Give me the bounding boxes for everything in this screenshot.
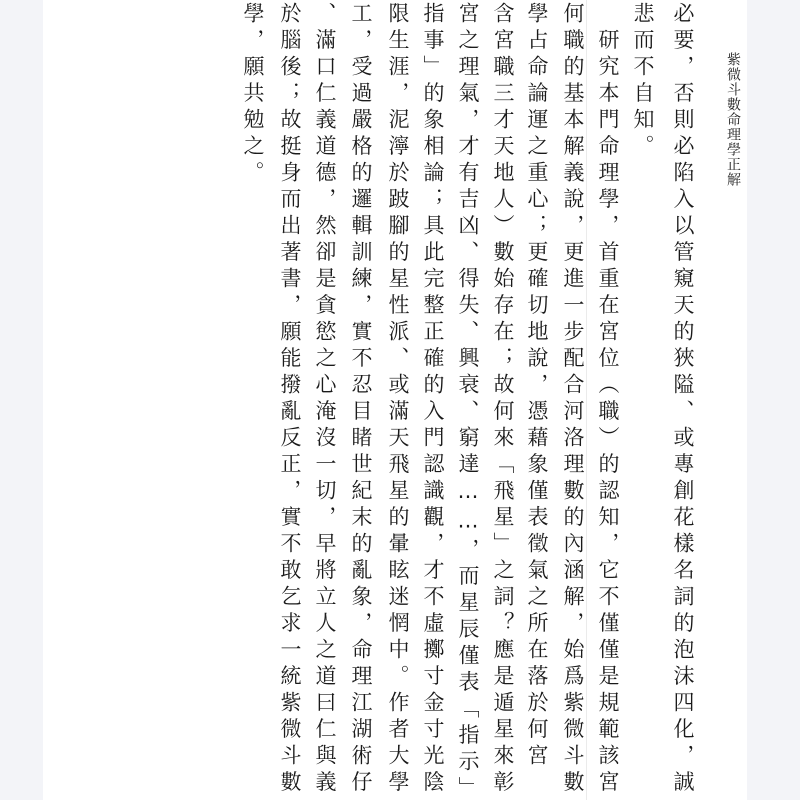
text-column-5: 學占命論運之重心；更確切地說，憑藉象僅表徵氣之所在落於何宮 [524,2,550,771]
text-column-13: 學，願共勉之。 [240,2,266,188]
text-column-11: 、滿口仁義道德，然卻是貪慾之心淹沒一切，早將立人之道曰仁與義 [312,2,338,797]
text-column-4: 何職的基本解義說，更進一步配合河洛理數的內涵解，始爲紫微斗數 [560,2,586,797]
scan-artifact-line [586,0,587,800]
text-column-3: 研究本門命理學，首重在宮位（職）的認知，它不僅僅是規範該宮 [595,2,621,797]
text-column-7: 宮之理氣，才有吉凶、得失、興衰、窮達……，而星辰僅表「指示」 [455,2,481,800]
running-header: 紫微斗數命理學正解 [725,52,741,187]
text-column-8: 指事」的象相論；具此完整正確的入門認識觀，才不虛擲寸金寸光陰 [420,2,446,797]
text-column-6: 含宮職三才天地人）數始存在；故何來「飛星」之詞？應是遁星來彰 [490,2,516,797]
text-column-12: 於腦後；故挺身而出著書，願能撥亂反正，實不敢乞求一統紫微斗數 [277,2,303,797]
text-column-9: 限生涯，泥濘於跛腳的星性派、或滿天飛星的暈眩迷惘中。作者大學 [385,2,411,797]
text-column-2: 悲而不自知。 [630,2,656,161]
text-column-10: 工，受過嚴格的邏輯訓練，實不忍目睹世紀末的亂象，命理江湖術仔 [348,2,374,797]
text-column-1: 必要，否則必陷入以管窺天的狹隘、或專創花樣名詞的泡沫四化，誠 [670,2,696,797]
